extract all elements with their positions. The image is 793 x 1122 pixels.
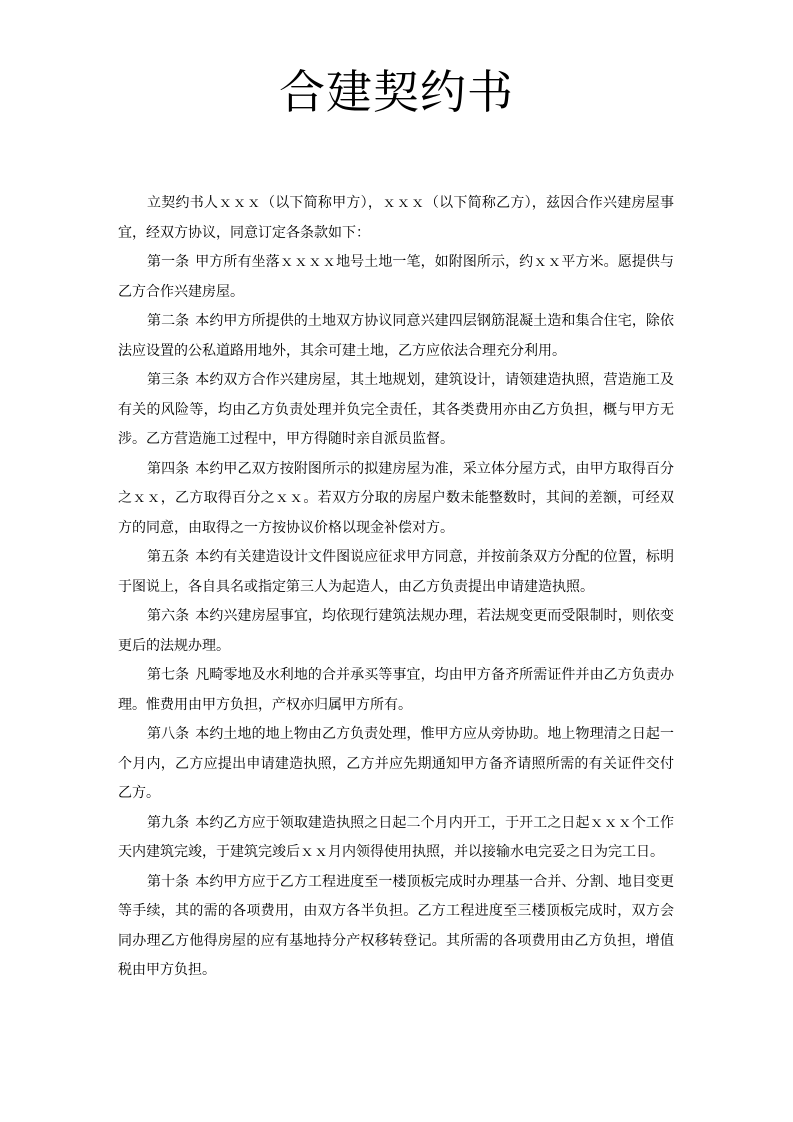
- document-body: 立契约书人ｘｘｘ（以下简称甲方），ｘｘｘ（以下简称乙方），兹因合作兴建房屋事宜，…: [118, 189, 674, 986]
- article-label: 第八条: [147, 726, 189, 742]
- article-text: 本约甲乙双方按附图所示的拟建房屋为准，采立体分屋方式，由甲方取得百分之ｘｘ，乙方…: [118, 461, 674, 536]
- article-1: 第一条甲方所有坐落ｘｘｘｘ地号土地一笔，如附图所示，约ｘｘ平方米。愿提供与乙方合…: [118, 248, 674, 307]
- article-6: 第六条本约兴建房屋事宜，均依现行建筑法规办理，若法规变更而受限制时，则依变更后的…: [118, 602, 674, 661]
- article-label: 第二条: [147, 313, 189, 329]
- article-8: 第八条本约土地的地上物由乙方负责处理，惟甲方应从旁协助。地上物理清之日起一个月内…: [118, 720, 674, 809]
- article-label: 第六条: [147, 608, 189, 624]
- article-label: 第五条: [147, 549, 189, 565]
- article-7: 第七条凡畸零地及水利地的合并承买等事宜，均由甲方备齐所需证件并由乙方负责办理。惟…: [118, 661, 674, 720]
- article-text: 本约甲方所提供的土地双方协议同意兴建四层钢筋混凝土造和集合住宅，除依法应设置的公…: [118, 313, 674, 359]
- article-label: 第一条: [147, 254, 189, 270]
- preamble-paragraph: 立契约书人ｘｘｘ（以下简称甲方），ｘｘｘ（以下简称乙方），兹因合作兴建房屋事宜，…: [118, 189, 674, 248]
- document-page: 合建契约书 立契约书人ｘｘｘ（以下简称甲方），ｘｘｘ（以下简称乙方），兹因合作兴…: [0, 0, 793, 1122]
- article-text: 本约土地的地上物由乙方负责处理，惟甲方应从旁协助。地上物理清之日起一个月内，乙方…: [118, 726, 674, 801]
- article-label: 第七条: [147, 667, 189, 683]
- article-label: 第三条: [147, 372, 189, 388]
- article-3: 第三条本约双方合作兴建房屋，其土地规划，建筑设计，请领建造执照，营造施工及有关的…: [118, 366, 674, 455]
- article-text: 本约乙方应于领取建造执照之日起二个月内开工，于开工之日起ｘｘｘ个工作天内建筑完竣…: [118, 815, 674, 861]
- article-4: 第四条本约甲乙双方按附图所示的拟建房屋为准，采立体分屋方式，由甲方取得百分之ｘｘ…: [118, 455, 674, 544]
- article-label: 第四条: [147, 461, 189, 477]
- article-text: 本约甲方应于乙方工程进度至一楼顶板完成时办理基一合并、分割、地目变更等手续，其的…: [118, 874, 674, 979]
- article-2: 第二条本约甲方所提供的土地双方协议同意兴建四层钢筋混凝土造和集合住宅，除依法应设…: [118, 307, 674, 366]
- article-label: 第十条: [147, 874, 189, 890]
- article-label: 第九条: [147, 815, 189, 831]
- document-title: 合建契约书: [0, 62, 793, 122]
- article-text: 本约双方合作兴建房屋，其土地规划，建筑设计，请领建造执照，营造施工及有关的风险等…: [118, 372, 674, 447]
- article-text: 本约兴建房屋事宜，均依现行建筑法规办理，若法规变更而受限制时，则依变更后的法规办…: [118, 608, 674, 654]
- article-text: 甲方所有坐落ｘｘｘｘ地号土地一笔，如附图所示，约ｘｘ平方米。愿提供与乙方合作兴建…: [118, 254, 674, 300]
- article-text: 本约有关建造设计文件图说应征求甲方同意，并按前条双方分配的位置，标明于图说上，各…: [118, 549, 674, 595]
- article-5: 第五条本约有关建造设计文件图说应征求甲方同意，并按前条双方分配的位置，标明于图说…: [118, 543, 674, 602]
- article-9: 第九条本约乙方应于领取建造执照之日起二个月内开工，于开工之日起ｘｘｘ个工作天内建…: [118, 809, 674, 868]
- article-text: 凡畸零地及水利地的合并承买等事宜，均由甲方备齐所需证件并由乙方负责办理。惟费用由…: [118, 667, 674, 713]
- article-10: 第十条本约甲方应于乙方工程进度至一楼顶板完成时办理基一合并、分割、地目变更等手续…: [118, 868, 674, 986]
